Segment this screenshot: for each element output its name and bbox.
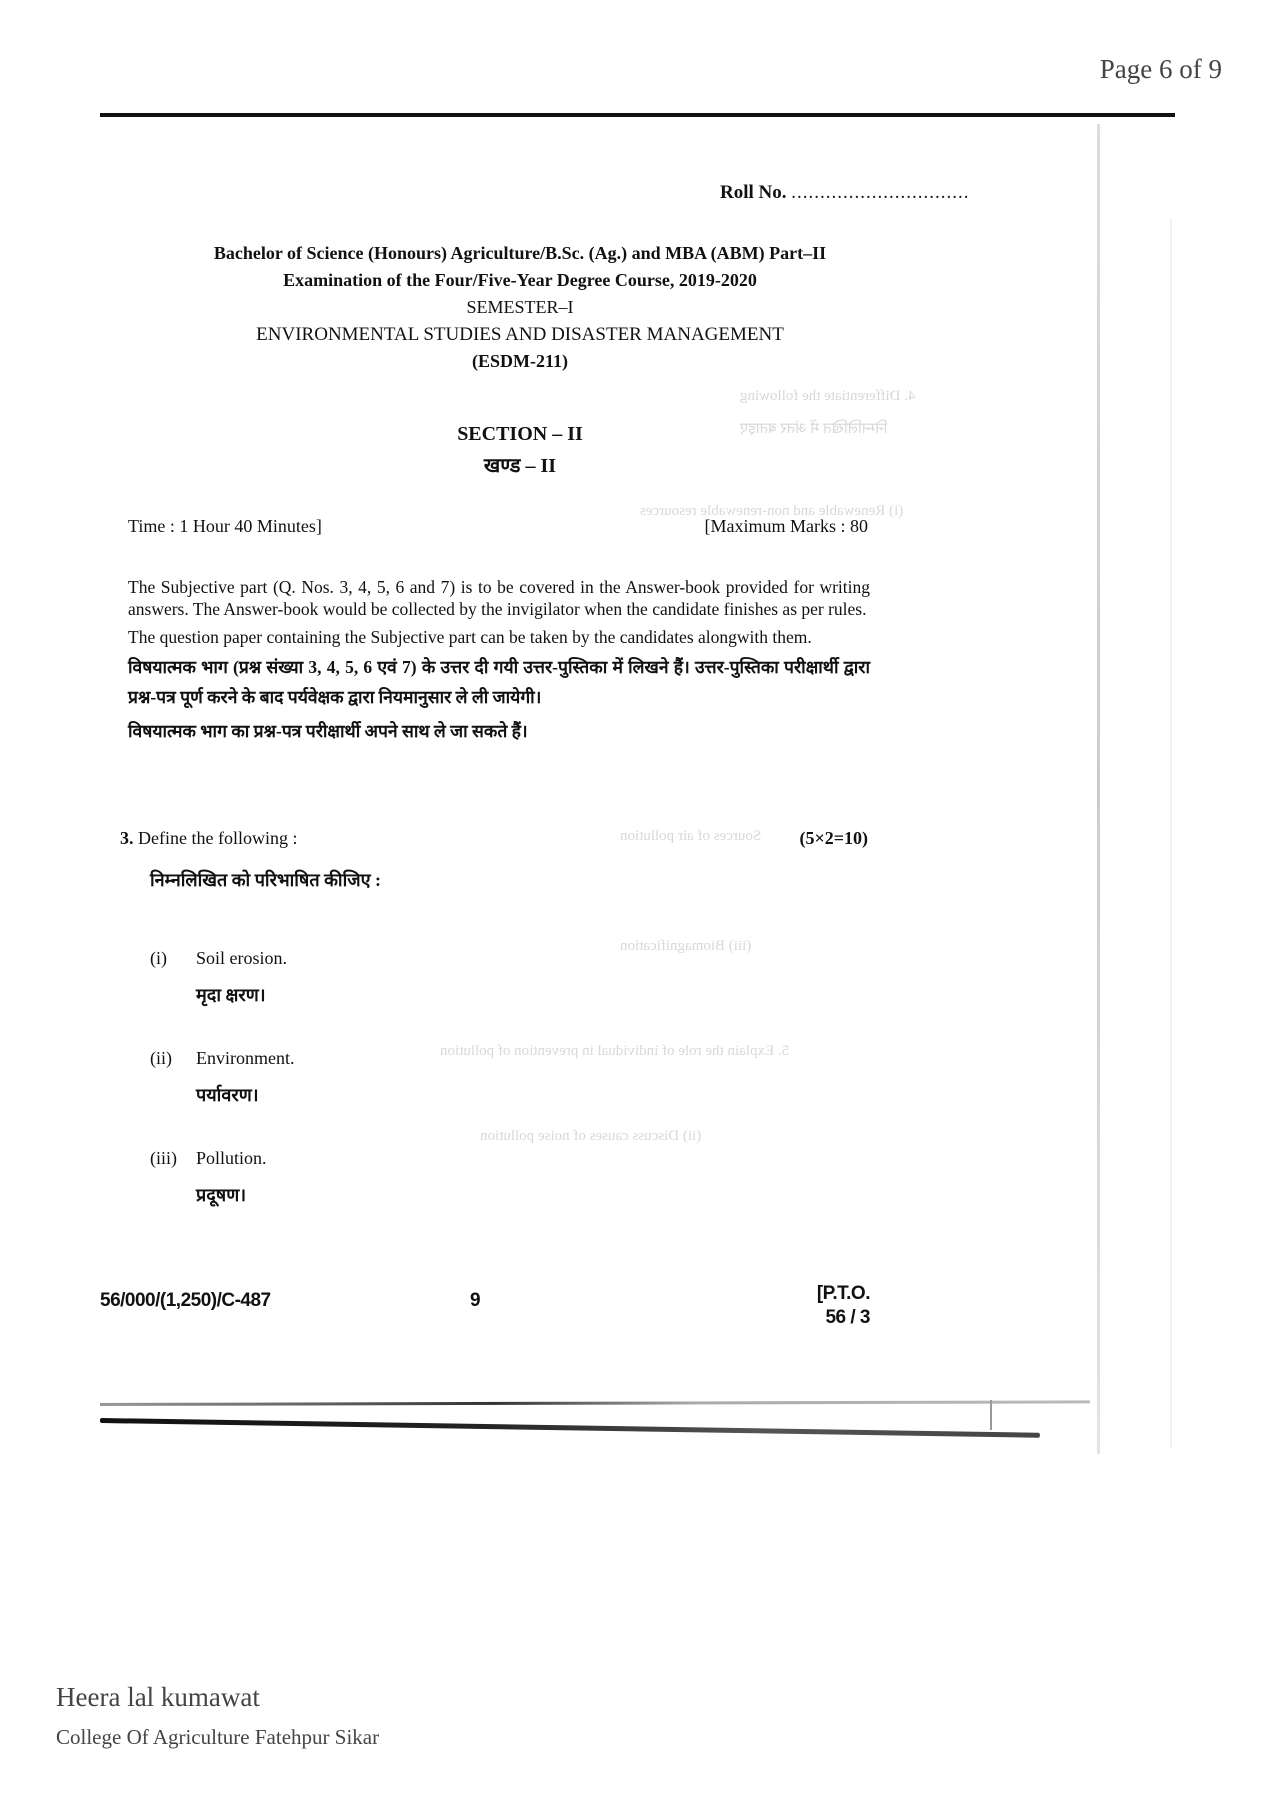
- paper-edge: [100, 1418, 1040, 1438]
- author-name: Heera lal kumawat: [56, 1682, 260, 1713]
- max-marks: [Maximum Marks : 80: [705, 516, 869, 537]
- semester: SEMESTER–I: [100, 294, 940, 321]
- top-rule: [100, 113, 1175, 117]
- roll-no-label: Roll No.: [720, 182, 787, 203]
- question-number: 3.: [120, 828, 134, 848]
- bleed-through: (iii) Biomagnification: [620, 938, 751, 955]
- college-name: College Of Agriculture Fatehpur Sikar: [56, 1725, 379, 1750]
- item-number: (iii): [150, 1148, 196, 1169]
- section-hi: खण्ड – II: [100, 450, 940, 482]
- instruction-hi: विषयात्मक भाग (प्रश्न संख्या 3, 4, 5, 6 …: [128, 652, 870, 712]
- examination-title: Examination of the Four/Five-Year Degree…: [100, 267, 940, 294]
- pto-block: [P.T.O. 56 / 3: [817, 1282, 870, 1330]
- scan-edge: [1170, 218, 1172, 1448]
- bleed-through: 5. Explain the role of individual in pre…: [440, 1043, 789, 1060]
- item-hi: मृदा क्षरण।: [196, 983, 287, 1007]
- item-en: Pollution.: [196, 1148, 267, 1168]
- instruction-en: The question paper containing the Subjec…: [128, 626, 870, 648]
- question-marks: (5×2=10): [799, 828, 868, 849]
- instruction-en: The Subjective part (Q. Nos. 3, 4, 5, 6 …: [128, 576, 870, 620]
- roll-no-blank: ...............................: [791, 182, 969, 203]
- pto: [P.T.O.: [817, 1282, 870, 1306]
- set-number: 56 / 3: [817, 1306, 870, 1330]
- bleed-through: 4. Differentiate the following: [740, 388, 916, 405]
- paper-code: 56/000/(1,250)/C-487: [100, 1290, 271, 1312]
- time-marks-line: Time : 1 Hour 40 Minutes] [Maximum Marks…: [128, 516, 868, 537]
- section-en: SECTION – II: [100, 418, 940, 450]
- time-allowed: Time : 1 Hour 40 Minutes]: [128, 516, 322, 537]
- item-number: (i): [150, 948, 196, 969]
- exam-heading: Bachelor of Science (Honours) Agricultur…: [100, 240, 940, 375]
- paper-edge: [100, 1400, 1090, 1406]
- roll-no-field: Roll No. ...............................: [720, 182, 970, 204]
- sheet-page-number: 9: [470, 1290, 480, 1312]
- instruction-hi: विषयात्मक भाग का प्रश्न-पत्र परीक्षार्थी…: [128, 716, 870, 746]
- item-en: Environment.: [196, 1048, 294, 1068]
- item-hi: प्रदूषण।: [196, 1183, 267, 1207]
- scanned-exam-page: 4. Differentiate the following निम्नलिखि…: [100, 118, 1100, 1438]
- item-hi: पर्यावरण।: [196, 1083, 294, 1107]
- question-item: (iii)Pollution. प्रदूषण।: [150, 1148, 267, 1207]
- bleed-through: (ii) Discuss causes of noise pollution: [480, 1128, 701, 1145]
- question-item: (ii)Environment. पर्यावरण।: [150, 1048, 294, 1107]
- instructions: The Subjective part (Q. Nos. 3, 4, 5, 6 …: [128, 576, 870, 746]
- course-code: (ESDM-211): [100, 348, 940, 375]
- question-3: 3. Define the following : (5×2=10): [120, 828, 868, 849]
- section-heading: SECTION – II खण्ड – II: [100, 418, 940, 482]
- page-counter: Page 6 of 9: [1100, 54, 1222, 85]
- item-number: (ii): [150, 1048, 196, 1069]
- question-item: (i)Soil erosion. मृदा क्षरण।: [150, 948, 287, 1007]
- paper-edge: [990, 1400, 992, 1430]
- question-text: Define the following :: [138, 828, 297, 848]
- degree-title: Bachelor of Science (Honours) Agricultur…: [100, 240, 940, 267]
- item-en: Soil erosion.: [196, 948, 287, 968]
- scan-edge: [1097, 124, 1100, 1454]
- subject-title: ENVIRONMENTAL STUDIES AND DISASTER MANAG…: [100, 321, 940, 348]
- question-text-hi: निम्नलिखित को परिभाषित कीजिए :: [150, 868, 381, 892]
